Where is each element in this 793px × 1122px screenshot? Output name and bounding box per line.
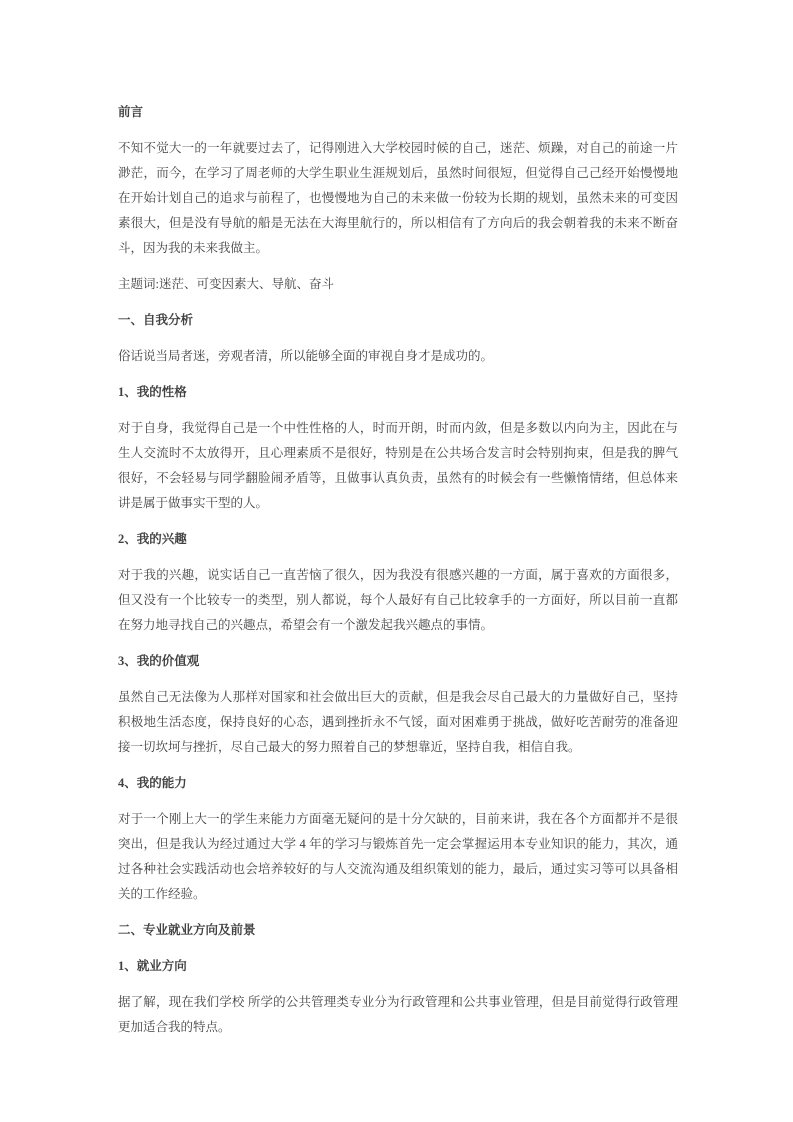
paragraph-employment-direction: 据了解，现在我们学校 所学的公共管理类专业分为行政管理和公共事业管理，但是目前觉…	[118, 990, 678, 1040]
document-page: 前言 不知不觉大一的一年就要过去了，记得刚进入大学校园时候的自己，迷茫、烦躁，对…	[0, 0, 793, 1122]
heading-my-interests: 2、我的兴趣	[118, 527, 678, 552]
paragraph-keywords: 主题词:迷茫、可变因素大、导航、奋斗	[118, 272, 678, 297]
heading-section-2-career-prospects: 二、专业就业方向及前景	[118, 918, 678, 943]
heading-section-1-self-analysis: 一、自我分析	[118, 308, 678, 333]
document-content: 前言 不知不觉大一的一年就要过去了，记得刚进入大学校园时候的自己，迷茫、烦躁，对…	[118, 100, 678, 1051]
heading-my-values: 3、我的价值观	[118, 649, 678, 674]
paragraph-my-values: 虽然自己无法像为人那样对国家和社会做出巨大的贡献，但是我会尽自己最大的力量做好自…	[118, 685, 678, 760]
paragraph-my-personality: 对于自身，我觉得自己是一个中性性格的人，时而开朗，时而内敛，但是多数以内向为主，…	[118, 416, 678, 516]
paragraph-my-interests: 对于我的兴趣，说实话自己一直苦恼了很久，因为我没有很感兴趣的一方面，属于喜欢的方…	[118, 563, 678, 638]
heading-my-personality: 1、我的性格	[118, 380, 678, 405]
heading-employment-direction: 1、就业方向	[118, 954, 678, 979]
paragraph-preface-body: 不知不觉大一的一年就要过去了，记得刚进入大学校园时候的自己，迷茫、烦躁，对自己的…	[118, 136, 678, 261]
heading-my-abilities: 4、我的能力	[118, 771, 678, 796]
paragraph-section-1-intro: 俗话说当局者迷，旁观者清，所以能够全面的审视自身才是成功的。	[118, 344, 678, 369]
paragraph-my-abilities: 对于一个刚上大一的学生来能力方面毫无疑问的是十分欠缺的，目前来讲，我在各个方面都…	[118, 807, 678, 907]
heading-preface: 前言	[118, 100, 678, 125]
